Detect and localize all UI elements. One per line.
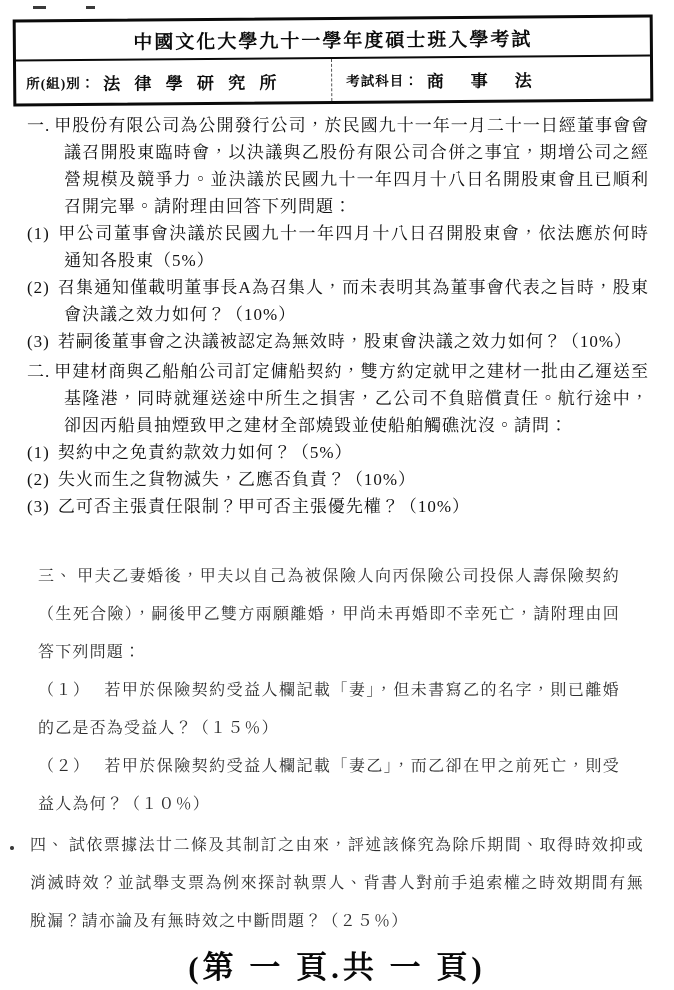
question-3-sub-2-label: （２） <box>38 758 90 775</box>
question-3-sub-1-text: 若甲於保險契約受益人欄記載「妻」，但未書寫乙的名字，則已離婚的乙是否為受益人？（… <box>38 682 620 737</box>
question-2-sub-1: (1)契約中之免責約款效力如何？（5%） <box>27 439 649 466</box>
question-3-stem-text: 甲夫乙妻婚後，甲夫以自己為被保險人向丙保險公司投保人壽保險契約（生死合險），嗣後… <box>38 568 620 661</box>
question-2-stem-text: 甲建材商與乙船舶公司訂定傭船契約，雙方約定就甲之建材一批由乙運送至基隆港，同時就… <box>54 362 649 435</box>
question-4-number: 四、 <box>30 837 65 854</box>
question-4-stem: 四、試依票據法廿二條及其制訂之由來，評述該條究為除斥期間、取得時效抑或消滅時效？… <box>30 827 644 941</box>
question-3-stem: 三、甲夫乙妻婚後，甲夫以自己為被保險人向丙保險公司投保人壽保險契約（生死合險），… <box>38 558 620 672</box>
question-2-sub-3-text: 乙可否主張責任限制？甲可否主張優先權？（10%） <box>58 497 470 516</box>
question-1: 一.甲股份有限公司為公開發行公司，於民國九十一年一月二十一日經董事會會議召開股東… <box>27 112 649 355</box>
question-2-sub-2: (2)失火而生之貨物滅失，乙應否負責？（10%） <box>27 466 649 493</box>
question-1-stem: 一.甲股份有限公司為公開發行公司，於民國九十一年一月二十一日經董事會會議召開股東… <box>27 112 649 220</box>
exam-header-box: 中國文化大學九十一學年度碩士班入學考試 所(組)別： 法 律 學 研 究 所 考… <box>13 14 654 106</box>
question-1-sub-1: (1)甲公司董事會決議於民國九十一年四月十八日召開股東會，依法應於何時通知各股東… <box>27 220 649 274</box>
question-1-sub-3-label: (3) <box>27 332 50 351</box>
question-3-number: 三、 <box>38 568 73 585</box>
question-1-sub-2-label: (2) <box>27 278 50 297</box>
exam-page: 中國文化大學九十一學年度碩士班入學考試 所(組)別： 法 律 學 研 究 所 考… <box>0 0 674 990</box>
question-3-sub-1: （１）若甲於保險契約受益人欄記載「妻」，但未書寫乙的名字，則已離婚的乙是否為受益… <box>38 672 620 748</box>
question-1-sub-2-text: 召集通知僅載明董事長A為召集人，而未表明其為董事會代表之旨時，股東會決議之效力如… <box>58 278 649 324</box>
question-3-sub-2: （２）若甲於保險契約受益人欄記載「妻乙」，而乙卻在甲之前死亡，則受益人為何？（１… <box>38 748 620 824</box>
question-2-sub-2-label: (2) <box>27 470 50 489</box>
department-value: 法 律 學 研 究 所 <box>103 68 281 94</box>
question-3: 三、甲夫乙妻婚後，甲夫以自己為被保險人向丙保險公司投保人壽保險契約（生死合險），… <box>38 558 620 824</box>
scan-artifact <box>33 6 46 9</box>
question-2-stem: 二.甲建材商與乙船舶公司訂定傭船契約，雙方約定就甲之建材一批由乙運送至基隆港，同… <box>27 358 649 439</box>
question-4-stem-text: 試依票據法廿二條及其制訂之由來，評述該條究為除斥期間、取得時效抑或消滅時效？並試… <box>30 837 644 930</box>
question-2-sub-2-text: 失火而生之貨物滅失，乙應否負責？（10%） <box>58 470 416 489</box>
question-1-sub-1-label: (1) <box>27 224 50 243</box>
department-field: 所(組)別： 法 律 學 研 究 所 <box>16 59 331 103</box>
scan-artifact <box>86 6 95 9</box>
question-2-sub-1-text: 契約中之免責約款效力如何？（5%） <box>58 443 353 462</box>
question-1-stem-text: 甲股份有限公司為公開發行公司，於民國九十一年一月二十一日經董事會會議召開股東臨時… <box>54 116 649 216</box>
question-2-sub-3: (3)乙可否主張責任限制？甲可否主張優先權？（10%） <box>27 493 649 520</box>
question-1-sub-3: (3)若嗣後董事會之決議被認定為無效時，股東會決議之效力如何？（10%） <box>27 328 649 355</box>
question-1-sub-1-text: 甲公司董事會決議於民國九十一年四月十八日召開股東會，依法應於何時通知各股東（5%… <box>58 224 649 270</box>
exam-header-fields: 所(組)別： 法 律 學 研 究 所 考試科目： 商 事 法 <box>16 57 650 104</box>
question-2-sub-1-label: (1) <box>27 443 50 462</box>
scan-artifact <box>10 846 14 850</box>
question-3-sub-2-text: 若甲於保險契約受益人欄記載「妻乙」，而乙卻在甲之前死亡，則受益人為何？（１０％） <box>38 758 620 813</box>
question-1-number: 一. <box>27 116 50 135</box>
question-2: 二.甲建材商與乙船舶公司訂定傭船契約，雙方約定就甲之建材一批由乙運送至基隆港，同… <box>27 358 649 520</box>
subject-value: 商 事 法 <box>427 66 537 92</box>
subject-label: 考試科目： <box>346 69 419 90</box>
question-3-sub-1-label: （１） <box>38 682 90 699</box>
question-1-sub-3-text: 若嗣後董事會之決議被認定為無效時，股東會決議之效力如何？（10%） <box>58 332 632 351</box>
subject-field: 考試科目： 商 事 法 <box>331 57 650 102</box>
question-2-sub-3-label: (3) <box>27 497 50 516</box>
exam-title: 中國文化大學九十一學年度碩士班入學考試 <box>16 18 650 62</box>
question-1-sub-2: (2)召集通知僅載明董事長A為召集人，而未表明其為董事會代表之旨時，股東會決議之… <box>27 274 649 328</box>
question-4: 四、試依票據法廿二條及其制訂之由來，評述該條究為除斥期間、取得時效抑或消滅時效？… <box>30 827 644 941</box>
department-label: 所(組)別： <box>26 72 95 93</box>
page-number-note: (第 一 頁.共 一 頁) <box>0 942 674 987</box>
question-2-number: 二. <box>27 362 50 381</box>
